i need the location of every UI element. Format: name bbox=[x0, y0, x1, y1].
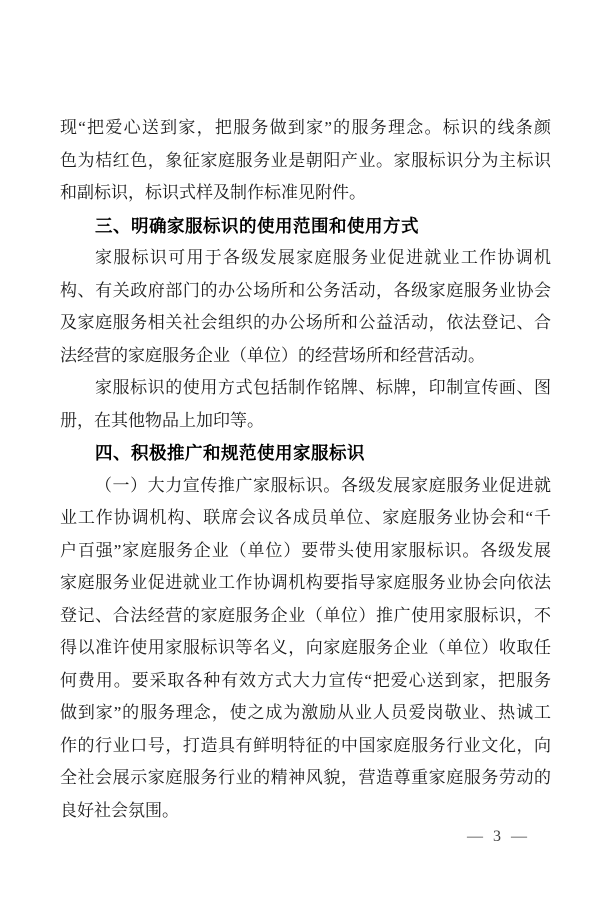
text-line: 家服标识的使用方式包括制作铭牌、标牌，印制宣传画、图 bbox=[60, 372, 551, 405]
text-line: 登记、合法经营的家庭服务企业（单位）推广使用家服标识，不 bbox=[60, 600, 551, 633]
page-number: — 3 — bbox=[467, 824, 530, 850]
document-body: 现“把爱心送到家，把服务做到家”的服务理念。标识的线条颜色为桔红色，象征家庭服务… bbox=[60, 112, 551, 827]
text-line: 册，在其他物品上加印等。 bbox=[60, 405, 551, 438]
text-line: 及家庭服务相关社会组织的办公场所和公益活动，依法登记、合 bbox=[60, 307, 551, 340]
document-page: 现“把爱心送到家，把服务做到家”的服务理念。标识的线条颜色为桔红色，象征家庭服务… bbox=[0, 0, 610, 908]
section-heading: 三、明确家服标识的使用范围和使用方式 bbox=[60, 210, 551, 243]
text-line: 良好社会氛围。 bbox=[60, 795, 551, 828]
text-line: 何费用。要采取各种有效方式大力宣传“把爱心送到家，把服务 bbox=[60, 665, 551, 698]
text-line: 现“把爱心送到家，把服务做到家”的服务理念。标识的线条颜 bbox=[60, 112, 551, 145]
text-line: 全社会展示家庭服务行业的精神风貌，营造尊重家庭服务劳动的 bbox=[60, 762, 551, 795]
section-heading: 四、积极推广和规范使用家服标识 bbox=[60, 437, 551, 470]
text-line: 和副标识，标识式样及制作标准见附件。 bbox=[60, 177, 551, 210]
text-line: 业工作协调机构、联席会议各成员单位、家庭服务业协会和“千 bbox=[60, 502, 551, 535]
text-line: 构、有关政府部门的办公场所和公务活动，各级家庭服务业协会 bbox=[60, 275, 551, 308]
text-line: 色为桔红色，象征家庭服务业是朝阳产业。家服标识分为主标识 bbox=[60, 145, 551, 178]
text-line: 法经营的家庭服务企业（单位）的经营场所和经营活动。 bbox=[60, 340, 551, 373]
text-line: 户百强”家庭服务企业（单位）要带头使用家服标识。各级发展 bbox=[60, 535, 551, 568]
text-line: 作的行业口号，打造具有鲜明特征的中国家庭服务行业文化，向 bbox=[60, 730, 551, 763]
text-line: 家服标识可用于各级发展家庭服务业促进就业工作协调机 bbox=[60, 242, 551, 275]
text-line: 家庭服务业促进就业工作协调机构要指导家庭服务业协会向依法 bbox=[60, 567, 551, 600]
text-line: （一）大力宣传推广家服标识。各级发展家庭服务业促进就 bbox=[60, 470, 551, 503]
text-line: 做到家”的服务理念，使之成为激励从业人员爱岗敬业、热诚工 bbox=[60, 697, 551, 730]
text-line: 得以准许使用家服标识等名义，向家庭服务企业（单位）收取任 bbox=[60, 632, 551, 665]
